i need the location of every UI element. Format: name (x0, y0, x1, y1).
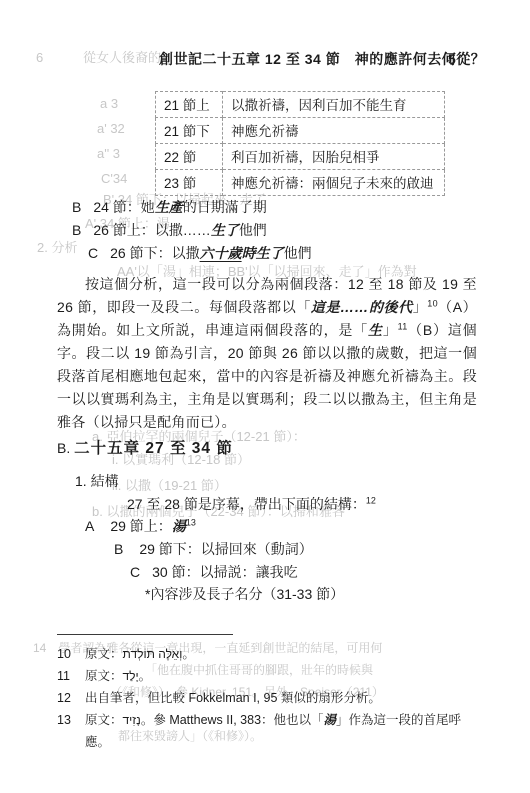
subsection-title: 結構 (91, 473, 119, 489)
footnote-number: 10 (57, 644, 71, 664)
paragraph-text: （B）這個字。段二以 19 節為引言，20 節與 26 節以以撒的歲數，把這一個… (57, 322, 477, 430)
section-title: 二十五章 27 至 34 節 (74, 440, 233, 457)
content-cell: 神應允祈禱 (223, 118, 445, 144)
verse-cell: 22 節 (156, 144, 223, 170)
table-row: 22 節 利百加祈禱，因胎兒相爭 (156, 144, 445, 170)
structure-item-a: A29 節上：湯13 (85, 516, 196, 536)
outline-text: 24 節：她 (93, 199, 154, 215)
outline-emphasis: 生產 (155, 199, 183, 215)
outline-emphasis: 生了 (211, 222, 239, 238)
structure-intro: 27 至 28 節是序幕，帶出下面的結構：12 (127, 494, 376, 514)
table-row: 23 節 神應允祈禱：兩個兒子未來的啟迪 (156, 170, 445, 196)
subsection-number: 1. (75, 473, 87, 489)
footnote-text: 原文： (85, 713, 123, 727)
footnote-text: 。參 Matthews II, 383：他也以「 (141, 713, 324, 727)
hebrew-text: יָלַד (123, 669, 139, 683)
item-text: 29 節下：以掃回來（動詞） (139, 541, 312, 557)
footnote-number: 12 (57, 688, 71, 708)
footnote-12: 出自筆者，但比較 Fokkelman I, 95 類似的扇形分析。 (85, 687, 381, 709)
outline-marker: B (72, 220, 81, 240)
footnote-reference: 12 (366, 495, 376, 505)
content-cell: 以撒祈禱，因利百加不能生育 (223, 92, 445, 118)
footnote-10: 原文：וְאֵלֶּה תּוֹלְדֹת。 (85, 643, 195, 665)
ghost-text: a' 32 (97, 120, 125, 138)
footnote-separator (57, 634, 233, 635)
footnote-number: 13 (57, 710, 71, 730)
outline-line-c26: C26 節下：以撒六十歲時生了他們 (88, 243, 312, 263)
section-heading: B. 二十五章 27 至 34 節 (57, 438, 233, 459)
outline-text: 的日期滿了期 (183, 199, 267, 215)
verse-structure-table: 21 節上 以撒祈禱，因利百加不能生育 21 節下 神應允祈禱 22 節 利百加… (155, 91, 445, 196)
footnote-text: 原文： (85, 647, 123, 661)
item-text: 29 節上： (110, 518, 171, 534)
ghost-text: C'34 (101, 170, 127, 188)
ghost-text: a'' 3 (97, 145, 120, 163)
running-header-title: 創世記二十五章 12 至 34 節 神的應許何去何從？ (159, 49, 485, 69)
outline-text: 26 節下：以撒 (110, 245, 199, 261)
verse-cell: 23 節 (156, 170, 223, 196)
ghost-text: 從女人後裔的 (83, 49, 161, 67)
paragraph-emphasis: 生 (368, 322, 383, 338)
outline-emphasis: 時生了 (242, 245, 284, 261)
subsection-heading: 1. 結構 (75, 471, 119, 491)
verse-cell: 21 節下 (156, 118, 223, 144)
structure-item-b: B29 節下：以掃回來（動詞） (114, 539, 313, 559)
outline-marker: C (88, 243, 98, 263)
ghost-text: 6 (36, 49, 43, 67)
item-emphasis: 湯 (172, 518, 186, 534)
item-marker: B (114, 539, 123, 559)
item-marker: C (130, 562, 140, 582)
content-cell: 神應允祈禱：兩個兒子未來的啟迪 (223, 170, 445, 196)
section-label: B. (57, 440, 70, 456)
footnote-11: 原文：יָלַד。 (85, 665, 151, 687)
footnote-text: 。 (139, 669, 152, 683)
table-row: 21 節下 神應允祈禱 (156, 118, 445, 144)
footnote-reference: 11 (398, 321, 408, 331)
footnote-number: 11 (57, 666, 70, 686)
structure-note: *內容涉及長子名分（31-33 節） (145, 584, 344, 604)
verse-cell: 21 節上 (156, 92, 223, 118)
outline-marker: B (72, 197, 81, 217)
outline-text: 他們 (284, 245, 312, 261)
outline-line-b26: B26 節上：以撒……生了他們 (72, 220, 267, 240)
structure-item-c: C30 節：以掃説：讓我吃 (130, 562, 298, 582)
item-marker: A (85, 516, 94, 536)
ghost-text: a 3 (100, 95, 118, 113)
body-paragraph: 按這個分析，這一段可以分為兩個段落：12 至 18 節及 19 至 26 節，即… (57, 273, 477, 434)
table-row: 21 節上 以撒祈禱，因利百加不能生育 (156, 92, 445, 118)
outline-underlined: 六十歲 (200, 245, 242, 261)
outline-text: 26 節上：以撒…… (93, 222, 210, 238)
footnote-13: 原文：נָזִיד。參 Matthews II, 383：他也以「湯」作為這一段… (85, 709, 481, 753)
content-cell: 利百加祈禱，因胎兒相爭 (223, 144, 445, 170)
document-page: 6 從女人後裔的 a 3 a' 32 a'' 3 C'34 B' 34 節下：以… (0, 0, 530, 793)
hebrew-text: וְאֵלֶּה תּוֹלְדֹת (123, 647, 183, 661)
footnote-reference: 10 (427, 298, 438, 308)
page-number: 5 (448, 49, 456, 69)
ghost-text: ii. 以撒（19-21 節） (112, 477, 227, 495)
item-text: 30 節：以掃説：讓我吃 (152, 564, 297, 580)
footnote-emphasis: 湯 (324, 713, 337, 727)
paragraph-text: 」 (413, 299, 428, 315)
paragraph-emphasis: 這是……的後代 (311, 299, 413, 315)
footnote-text: 原文： (85, 669, 123, 683)
outline-text: 他們 (239, 222, 267, 238)
outline-line-b24: B24 節：她生產的日期滿了期 (72, 197, 267, 217)
intro-text: 27 至 28 節是序幕，帶出下面的結構： (127, 496, 366, 512)
paragraph-text: 」 (383, 322, 398, 338)
footnote-text: 。 (182, 647, 195, 661)
hebrew-text: נָזִיד (123, 713, 141, 727)
ghost-text: 2. 分析 (37, 239, 77, 257)
footnote-reference: 13 (186, 517, 196, 527)
